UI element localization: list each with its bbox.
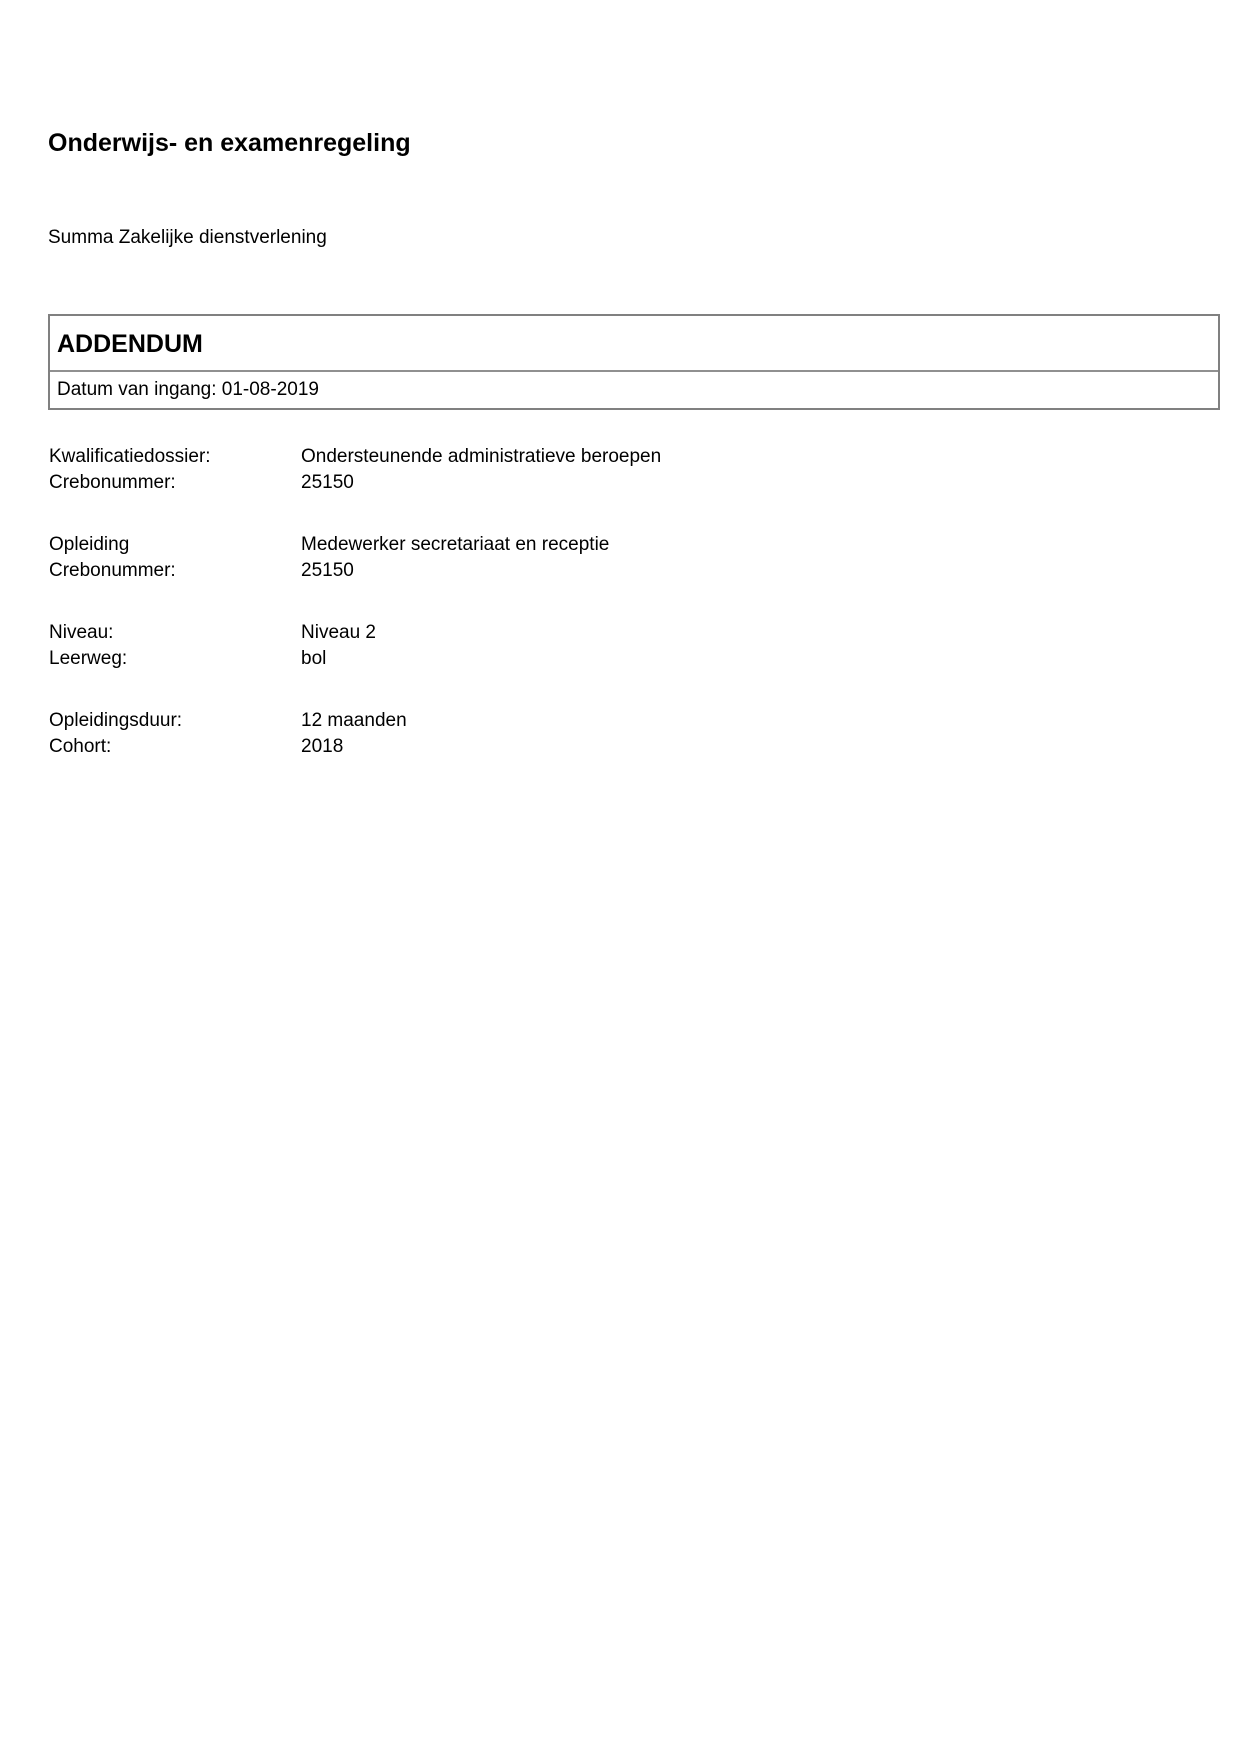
info-label: Crebonummer: [49,558,301,584]
info-value: bol [301,646,326,672]
info-value: 25150 [301,470,354,496]
info-label: Opleiding [49,532,301,558]
info-row: Cohort: 2018 [49,734,661,760]
info-group-qualification: Kwalificatiedossier: Ondersteunende admi… [49,444,661,496]
info-value: 25150 [301,558,354,584]
info-label: Kwalificatiedossier: [49,444,301,470]
addendum-effective-date: Datum van ingang: 01-08-2019 [50,372,1218,408]
info-label: Leerweg: [49,646,301,672]
program-info-table: Kwalificatiedossier: Ondersteunende admi… [49,444,661,796]
info-label: Opleidingsduur: [49,708,301,734]
info-label: Crebonummer: [49,470,301,496]
addendum-box: ADDENDUM Datum van ingang: 01-08-2019 [48,314,1220,410]
info-value: 12 maanden [301,708,407,734]
info-label: Cohort: [49,734,301,760]
info-group-level: Niveau: Niveau 2 Leerweg: bol [49,620,661,672]
info-row: Crebonummer: 25150 [49,470,661,496]
info-row: Opleiding Medewerker secretariaat en rec… [49,532,661,558]
info-row: Kwalificatiedossier: Ondersteunende admi… [49,444,661,470]
info-value: Medewerker secretariaat en receptie [301,532,609,558]
info-label: Niveau: [49,620,301,646]
addendum-heading: ADDENDUM [50,316,1218,372]
info-row: Leerweg: bol [49,646,661,672]
info-group-duration: Opleidingsduur: 12 maanden Cohort: 2018 [49,708,661,760]
organization-name: Summa Zakelijke dienstverlening [48,226,327,250]
info-value: Ondersteunende administratieve beroepen [301,444,661,470]
info-row: Opleidingsduur: 12 maanden [49,708,661,734]
info-value: 2018 [301,734,343,760]
info-row: Crebonummer: 25150 [49,558,661,584]
info-row: Niveau: Niveau 2 [49,620,661,646]
info-group-program: Opleiding Medewerker secretariaat en rec… [49,532,661,584]
info-value: Niveau 2 [301,620,376,646]
page-title: Onderwijs- en examenregeling [48,128,411,158]
